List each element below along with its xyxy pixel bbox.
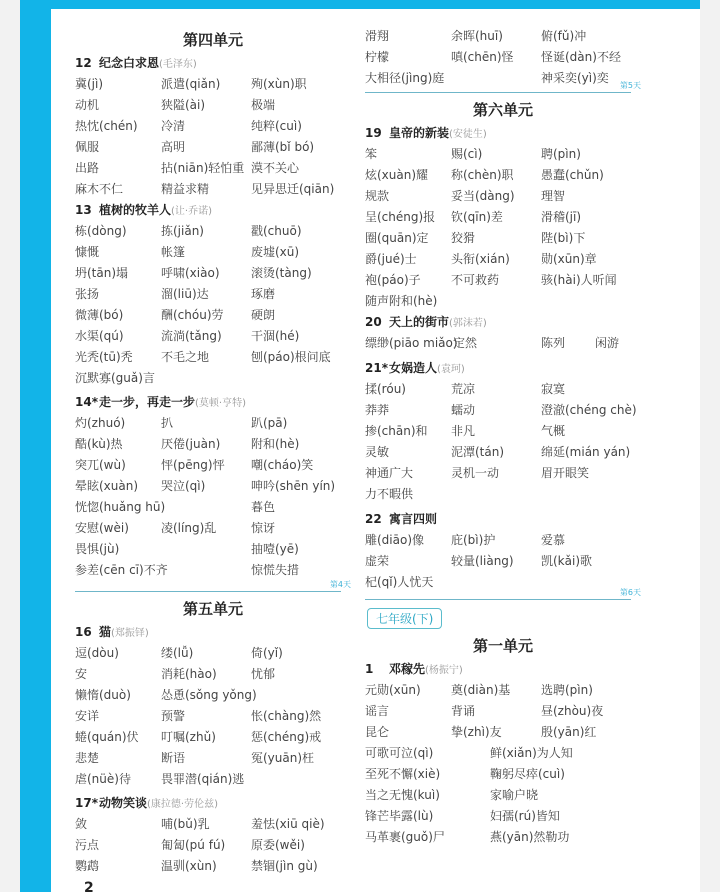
vocab-word: 厌倦(juàn) bbox=[161, 434, 220, 455]
vocab-word: 预警 bbox=[161, 706, 185, 727]
idiom-list: 可歌可泣(qì)鲜(xiǎn)为人知至死不懈(xiè)鞠躬尽瘁(cuì)当之无愧… bbox=[365, 743, 641, 848]
vocab-word: 绵延(mián yán) bbox=[541, 442, 630, 463]
vocab-word: 趴(pā) bbox=[251, 413, 287, 434]
vocab-word: 定然 bbox=[453, 333, 477, 354]
vocab-word: 惩(chéng)戒 bbox=[251, 727, 321, 748]
vocab-word: 嗔(chēn)怪 bbox=[451, 47, 514, 68]
vocab-word: 燕(yān)然勒功 bbox=[490, 827, 569, 848]
lesson-number: 1 bbox=[365, 659, 389, 680]
vocab-word: 蜷(quán)伏 bbox=[75, 727, 139, 748]
vocab-word: 庇(bì)护 bbox=[451, 530, 495, 551]
vocab-word: 袍(páo)子 bbox=[365, 270, 421, 291]
word-row: 慷慨帐篷废墟(xū) bbox=[75, 242, 351, 263]
vocab-word: 呻吟(shēn yín) bbox=[251, 476, 335, 497]
word-row: 莽莽蠕动澄澈(chéng chè) bbox=[365, 400, 641, 421]
unit-title: 第五单元 bbox=[75, 596, 351, 622]
word-row: 动机狭隘(ài)极端 bbox=[75, 95, 351, 116]
vocab-word: 惊讶 bbox=[251, 518, 275, 539]
vocab-word: 规款 bbox=[365, 186, 389, 207]
vocab-word: 冤(yuān)枉 bbox=[251, 748, 314, 769]
vocab-word: 缥缈(piāo miǎo) bbox=[365, 333, 458, 354]
word-list: 元勋(xūn)奠(diàn)基选聘(pìn)谣言背诵昼(zhòu)夜昆仑挚(zh… bbox=[365, 680, 641, 743]
grade-badge: 七年级(下) bbox=[367, 608, 442, 629]
vocab-word: 酷(kù)热 bbox=[75, 434, 123, 455]
lesson-heading: 20天上的街市(郭沫若) bbox=[365, 312, 641, 333]
vocab-word: 派遣(qiǎn) bbox=[161, 74, 220, 95]
vocab-word: 坍(tān)塌 bbox=[75, 263, 128, 284]
vocab-word: 怅(chàng)然 bbox=[251, 706, 321, 727]
unit-title: 第一单元 bbox=[365, 633, 641, 659]
vocab-word: 拈(niān)轻怕重 bbox=[161, 158, 244, 179]
word-list: 冀(jì)派遣(qiǎn)殉(xùn)职动机狭隘(ài)极端热忱(chén)冷清… bbox=[75, 74, 351, 200]
lesson-heading: 13植树的牧羊人(让·乔诺) bbox=[75, 200, 351, 221]
vocab-word: 虐(nüè)待 bbox=[75, 769, 131, 790]
vocab-word: 余晖(huī) bbox=[451, 26, 503, 47]
vocab-word: 不毛之地 bbox=[161, 347, 209, 368]
word-row: 微薄(bó)酬(chóu)劳硬朗 bbox=[75, 305, 351, 326]
vocab-word: 酬(chóu)劳 bbox=[161, 305, 224, 326]
vocab-word: 突兀(wù) bbox=[75, 455, 126, 476]
word-row: 杞(qǐ)人忧天 bbox=[365, 572, 641, 593]
word-list: 逗(dòu)缕(lǚ)倚(yǐ)安消耗(hào)忧郁懒惰(duò)怂恿(sǒng… bbox=[75, 643, 351, 790]
vocab-word: 安详 bbox=[75, 706, 99, 727]
vocab-word: 琢磨 bbox=[251, 284, 275, 305]
lesson-number: 12 bbox=[75, 53, 99, 74]
vocab-word: 怪诞(dàn)不经 bbox=[541, 47, 621, 68]
lesson-number: 17* bbox=[75, 793, 99, 814]
vocab-word: 陛(bì)下 bbox=[541, 228, 585, 249]
word-row: 笨赐(cì)聘(pìn) bbox=[365, 144, 641, 165]
word-row: 柠檬嗔(chēn)怪怪诞(dàn)不经 bbox=[365, 47, 641, 68]
lesson-number: 19 bbox=[365, 123, 389, 144]
vocab-word: 拣(jiǎn) bbox=[161, 221, 204, 242]
word-list: 敛哺(bǔ)乳羞怯(xiū qiè)污点匍匐(pú fú)原委(wěi)鹦鹉温驯… bbox=[75, 814, 351, 877]
word-row: 滑翔余晖(huī)俯(fǔ)冲 bbox=[365, 26, 641, 47]
vocab-word: 背诵 bbox=[451, 701, 475, 722]
lesson-name: 邓稼先 bbox=[389, 662, 425, 676]
vocab-word: 见异思迁(qiān) bbox=[251, 179, 334, 200]
word-row: 元勋(xūn)奠(diàn)基选聘(pìn) bbox=[365, 680, 641, 701]
word-row: 掺(chān)和非凡气概 bbox=[365, 421, 641, 442]
vocab-word: 赐(cì) bbox=[451, 144, 482, 165]
vocab-word: 炫(xuàn)耀 bbox=[365, 165, 428, 186]
vocab-word: 称(chèn)职 bbox=[451, 165, 514, 186]
vocab-word: 呼啸(xiào) bbox=[161, 263, 220, 284]
lesson-number: 14* bbox=[75, 392, 99, 413]
right-column: 滑翔余晖(huī)俯(fǔ)冲柠檬嗔(chēn)怪怪诞(dàn)不经大相径(jì… bbox=[365, 9, 641, 848]
vocab-word: 蠕动 bbox=[451, 400, 475, 421]
vocab-word: 缕(lǚ) bbox=[161, 643, 193, 664]
vocab-word: 冀(jì) bbox=[75, 74, 103, 95]
word-row: 出路拈(niān)轻怕重漠不关心 bbox=[75, 158, 351, 179]
vocab-word: 虚荣 bbox=[365, 551, 389, 572]
vocab-word: 眉开眼笑 bbox=[541, 463, 589, 484]
word-row: 佩服高明鄙薄(bǐ bó) bbox=[75, 137, 351, 158]
vocab-word: 佩服 bbox=[75, 137, 99, 158]
vocab-word: 戳(chuō) bbox=[251, 221, 302, 242]
vocab-word: 附和(hè) bbox=[251, 434, 299, 455]
vocab-word: 哭泣(qì) bbox=[161, 476, 205, 497]
word-row: 当之无愧(kuì)家喻户晓 bbox=[365, 785, 641, 806]
vocab-word: 敛 bbox=[75, 814, 87, 835]
vocab-word: 大相径(jìng)庭 bbox=[365, 68, 444, 89]
word-row: 懒惰(duò)怂恿(sǒng yǒng) bbox=[75, 685, 351, 706]
vocab-word: 泥潭(tán) bbox=[451, 442, 504, 463]
word-row: 炫(xuàn)耀称(chèn)职愚蠢(chǔn) bbox=[365, 165, 641, 186]
vocab-word: 光秃(tū)秃 bbox=[75, 347, 133, 368]
day-label: 第5天 bbox=[620, 80, 641, 91]
word-row: 昆仑挚(zhì)友殷(yān)红 bbox=[365, 722, 641, 743]
vocab-word: 极端 bbox=[251, 95, 275, 116]
word-row: 马革裹(guǒ)尸燕(yān)然勒功 bbox=[365, 827, 641, 848]
vocab-word: 昼(zhòu)夜 bbox=[541, 701, 603, 722]
lesson-author: (康拉德·劳伦兹) bbox=[147, 799, 218, 810]
vocab-word: 鞠躬尽瘁(cuì) bbox=[490, 764, 565, 785]
vocab-word: 废墟(xū) bbox=[251, 242, 299, 263]
vocab-word: 张扬 bbox=[75, 284, 99, 305]
lesson-author: (莫顿·亨特) bbox=[195, 398, 246, 409]
vocab-word: 羞怯(xiū qiè) bbox=[251, 814, 325, 835]
vocab-word: 勋(xūn)章 bbox=[541, 249, 597, 270]
vocab-word: 挚(zhì)友 bbox=[451, 722, 502, 743]
day-divider: 第5天 bbox=[365, 89, 631, 93]
lesson-number: 22 bbox=[365, 509, 389, 530]
word-row: 冀(jì)派遣(qiǎn)殉(xùn)职 bbox=[75, 74, 351, 95]
vocab-word: 家喻户晓 bbox=[490, 785, 538, 806]
day-divider: 第6天 bbox=[365, 593, 631, 600]
word-row: 虚荣较量(liàng)凯(kǎi)歌 bbox=[365, 551, 641, 572]
word-row: 安详预警怅(chàng)然 bbox=[75, 706, 351, 727]
word-row: 至死不懈(xiè)鞠躬尽瘁(cuì) bbox=[365, 764, 641, 785]
word-row: 灵敏泥潭(tán)绵延(mián yán) bbox=[365, 442, 641, 463]
word-row: 晕眩(xuàn)哭泣(qì)呻吟(shēn yín) bbox=[75, 476, 351, 497]
vocab-word: 哺(bǔ)乳 bbox=[161, 814, 210, 835]
vocab-word: 杞(qǐ)人忧天 bbox=[365, 572, 433, 593]
day-label: 第4天 bbox=[330, 579, 351, 590]
day-label: 第6天 bbox=[620, 587, 641, 598]
vocab-word: 硬朗 bbox=[251, 305, 275, 326]
vocab-word: 笨 bbox=[365, 144, 377, 165]
vocab-word: 温驯(xùn) bbox=[161, 856, 217, 877]
vocab-word: 漠不关心 bbox=[251, 158, 299, 179]
vocab-word: 嘲(cháo)笑 bbox=[251, 455, 313, 476]
lesson-number: 21* bbox=[365, 358, 389, 379]
word-row: 揉(róu)荒凉寂寞 bbox=[365, 379, 641, 400]
vocab-word: 刨(páo)根问底 bbox=[251, 347, 331, 368]
unit-title: 第六单元 bbox=[365, 97, 641, 123]
word-row: 逗(dòu)缕(lǚ)倚(yǐ) bbox=[75, 643, 351, 664]
word-list: 笨赐(cì)聘(pìn)炫(xuàn)耀称(chèn)职愚蠢(chǔn)规款妥当… bbox=[365, 144, 641, 312]
word-row: 规款妥当(dàng)理智 bbox=[365, 186, 641, 207]
vocab-word: 灵机一动 bbox=[451, 463, 499, 484]
lesson-heading: 16猫(郑振铎) bbox=[75, 622, 351, 643]
lesson-name: 猫 bbox=[99, 625, 111, 639]
lesson-name: 动物笑谈 bbox=[99, 796, 147, 810]
lesson-author: (安徒生) bbox=[449, 129, 487, 140]
vocab-word: 悲楚 bbox=[75, 748, 99, 769]
vocab-word: 消耗(hào) bbox=[161, 664, 217, 685]
vocab-word: 选聘(pìn) bbox=[541, 680, 593, 701]
lesson-heading: 1邓稼先(杨振宁) bbox=[365, 659, 641, 680]
vocab-word: 较量(liàng) bbox=[451, 551, 514, 572]
word-row: 圈(quān)定狡猾陛(bì)下 bbox=[365, 228, 641, 249]
lesson-name: 皇帝的新装 bbox=[389, 126, 449, 140]
vocab-word: 动机 bbox=[75, 95, 99, 116]
vocab-word: 原委(wěi) bbox=[251, 835, 305, 856]
vocab-word: 滑稽(jī) bbox=[541, 207, 581, 228]
lesson-author: (袁珂) bbox=[437, 364, 465, 375]
lesson-author: (杨振宁) bbox=[425, 665, 463, 676]
vocab-word: 雕(diāo)像 bbox=[365, 530, 424, 551]
vocab-word: 气概 bbox=[541, 421, 565, 442]
vocab-word: 慷慨 bbox=[75, 242, 99, 263]
vocab-word: 抽噎(yē) bbox=[251, 539, 299, 560]
vocab-word: 殷(yān)红 bbox=[541, 722, 596, 743]
vocab-word: 头衔(xián) bbox=[451, 249, 510, 270]
vocab-word: 俯(fǔ)冲 bbox=[541, 26, 586, 47]
vocab-word: 狭隘(ài) bbox=[161, 95, 205, 116]
vocab-word: 帐篷 bbox=[161, 242, 185, 263]
lesson-author: (让·乔诺) bbox=[171, 206, 212, 217]
vocab-word: 干涸(hé) bbox=[251, 326, 299, 347]
vocab-word: 非凡 bbox=[451, 421, 475, 442]
vocab-word: 钦(qīn)差 bbox=[451, 207, 503, 228]
word-row: 麻木不仁精益求精见异思迁(qiān) bbox=[75, 179, 351, 200]
lesson-heading: 22寓言四则 bbox=[365, 509, 641, 530]
vocab-word: 出路 bbox=[75, 158, 99, 179]
vocab-word: 微薄(bó) bbox=[75, 305, 123, 326]
word-row: 袍(páo)子不可救药骇(hài)人听闻 bbox=[365, 270, 641, 291]
vocab-word: 沉默寡(guǎ)言 bbox=[75, 368, 155, 389]
word-row: 参差(cēn cī)不齐惊慌失措 bbox=[75, 560, 351, 581]
vocab-word: 元勋(xūn) bbox=[365, 680, 421, 701]
vocab-word: 莽莽 bbox=[365, 400, 389, 421]
left-column: 第四单元 12纪念白求恩(毛泽东) 冀(jì)派遣(qiǎn)殉(xùn)职动机… bbox=[75, 9, 351, 877]
vocab-word: 可歌可泣(qì) bbox=[365, 743, 433, 764]
vocab-word: 纯粹(cuì) bbox=[251, 116, 302, 137]
vocab-word: 昆仑 bbox=[365, 722, 389, 743]
unit-title: 第四单元 bbox=[75, 27, 351, 53]
vocab-word: 扒 bbox=[161, 413, 173, 434]
vocab-word: 热忱(chén) bbox=[75, 116, 138, 137]
lesson-name: 纪念白求恩 bbox=[99, 56, 159, 70]
vocab-word: 妥当(dàng) bbox=[451, 186, 515, 207]
vocab-word: 陈列 bbox=[541, 333, 565, 354]
word-row: 灼(zhuó)扒趴(pā) bbox=[75, 413, 351, 434]
word-row: 力不暇供 bbox=[365, 484, 641, 505]
word-row: 锋芒毕露(lù)妇孺(rú)皆知 bbox=[365, 806, 641, 827]
vocab-word: 爱慕 bbox=[541, 530, 565, 551]
word-row: 雕(diāo)像庇(bì)护爱慕 bbox=[365, 530, 641, 551]
lesson-number: 16 bbox=[75, 622, 99, 643]
word-row: 大相径(jìng)庭神采奕(yì)奕 bbox=[365, 68, 641, 89]
lesson-heading: 14*走一步，再走一步(莫顿·亨特) bbox=[75, 392, 351, 413]
lesson-name: 天上的街市 bbox=[389, 315, 449, 329]
vocab-word: 凌(líng)乱 bbox=[161, 518, 216, 539]
vocab-word: 滚烫(tàng) bbox=[251, 263, 312, 284]
vocab-word: 奠(diàn)基 bbox=[451, 680, 510, 701]
word-row: 蜷(quán)伏叮嘱(zhǔ)惩(chéng)戒 bbox=[75, 727, 351, 748]
vocab-word: 水渠(qú) bbox=[75, 326, 124, 347]
vocab-word: 忧郁 bbox=[251, 664, 275, 685]
word-row: 张扬溜(liū)达琢磨 bbox=[75, 284, 351, 305]
word-row: 酷(kù)热厌倦(juàn)附和(hè) bbox=[75, 434, 351, 455]
vocab-word: 愚蠢(chǔn) bbox=[541, 165, 604, 186]
vocab-word: 暮色 bbox=[251, 497, 275, 518]
word-row: 光秃(tū)秃不毛之地刨(páo)根问底 bbox=[75, 347, 351, 368]
vocab-word: 随声附和(hè) bbox=[365, 291, 437, 312]
vocab-word: 神采奕(yì)奕 bbox=[541, 68, 609, 89]
vocab-word: 圈(quān)定 bbox=[365, 228, 429, 249]
vocab-word: 荒凉 bbox=[451, 379, 475, 400]
word-row: 栋(dòng)拣(jiǎn)戳(chuō) bbox=[75, 221, 351, 242]
vocab-word: 滑翔 bbox=[365, 26, 389, 47]
vocab-word: 惊慌失措 bbox=[251, 560, 299, 581]
vocab-word: 殉(xùn)职 bbox=[251, 74, 307, 95]
word-row: 安消耗(hào)忧郁 bbox=[75, 664, 351, 685]
lesson-author: (郑振铎) bbox=[111, 628, 149, 639]
lesson-heading: 19皇帝的新装(安徒生) bbox=[365, 123, 641, 144]
day-divider: 第4天 bbox=[75, 581, 341, 592]
word-list: 灼(zhuó)扒趴(pā)酷(kù)热厌倦(juàn)附和(hè)突兀(wù)怦… bbox=[75, 413, 351, 581]
vocab-word: 畏罪潜(qián)逃 bbox=[161, 769, 244, 790]
word-list: 栋(dòng)拣(jiǎn)戳(chuō)慷慨帐篷废墟(xū)坍(tān)塌呼啸… bbox=[75, 221, 351, 389]
vocab-word: 怂恿(sǒng yǒng) bbox=[161, 685, 257, 706]
lesson-author: (郭沫若) bbox=[449, 318, 487, 329]
vocab-word: 栋(dòng) bbox=[75, 221, 127, 242]
word-row: 敛哺(bǔ)乳羞怯(xiū qiè) bbox=[75, 814, 351, 835]
lesson-name: 寓言四则 bbox=[389, 512, 437, 526]
vocab-word: 断语 bbox=[161, 748, 185, 769]
vocab-word: 当之无愧(kuì) bbox=[365, 785, 440, 806]
vocab-word: 鄙薄(bǐ bó) bbox=[251, 137, 314, 158]
word-row: 热忱(chén)冷清纯粹(cuì) bbox=[75, 116, 351, 137]
vocab-word: 聘(pìn) bbox=[541, 144, 581, 165]
vocab-word: 鲜(xiǎn)为人知 bbox=[490, 743, 573, 764]
word-list: 揉(róu)荒凉寂寞莽莽蠕动澄澈(chéng chè)掺(chān)和非凡气概灵… bbox=[365, 379, 641, 505]
vocab-word: 骇(hài)人听闻 bbox=[541, 270, 617, 291]
lesson-name: 植树的牧羊人 bbox=[99, 203, 171, 217]
word-row: 水渠(qú)流淌(tǎng)干涸(hé) bbox=[75, 326, 351, 347]
vocab-word: 闲游 bbox=[595, 333, 619, 354]
lesson-heading: 12纪念白求恩(毛泽东) bbox=[75, 53, 351, 74]
vocab-word: 畏惧(jù) bbox=[75, 539, 119, 560]
word-row: 神通广大灵机一动眉开眼笑 bbox=[365, 463, 641, 484]
vocab-word: 至死不懈(xiè) bbox=[365, 764, 440, 785]
word-row: 可歌可泣(qì)鲜(xiǎn)为人知 bbox=[365, 743, 641, 764]
vocab-word: 精益求精 bbox=[161, 179, 209, 200]
word-list: 滑翔余晖(huī)俯(fǔ)冲柠檬嗔(chēn)怪怪诞(dàn)不经大相径(jì… bbox=[365, 26, 641, 89]
lesson-name: 女娲造人 bbox=[389, 361, 437, 375]
vocab-word: 禁锢(jìn gù) bbox=[251, 856, 318, 877]
lesson-number: 13 bbox=[75, 200, 99, 221]
vocab-word: 揉(róu) bbox=[365, 379, 406, 400]
vocab-word: 流淌(tǎng) bbox=[161, 326, 222, 347]
vocab-word: 参差(cēn cī)不齐 bbox=[75, 560, 168, 581]
vocab-word: 怦(pēng)怦 bbox=[161, 455, 225, 476]
page-edge-band bbox=[20, 0, 51, 892]
word-list: 缥缈(piāo miǎo)定然陈列闲游 bbox=[365, 333, 641, 354]
lesson-number: 20 bbox=[365, 312, 389, 333]
vocab-word: 懒惰(duò) bbox=[75, 685, 131, 706]
vocab-word: 灵敏 bbox=[365, 442, 389, 463]
page-top-band bbox=[20, 0, 700, 9]
vocab-word: 鹦鹉 bbox=[75, 856, 99, 877]
word-row: 缥缈(piāo miǎo)定然陈列闲游 bbox=[365, 333, 641, 354]
vocab-word: 理智 bbox=[541, 186, 565, 207]
vocab-word: 澄澈(chéng chè) bbox=[541, 400, 637, 421]
word-row: 安慰(wèi)凌(líng)乱惊讶 bbox=[75, 518, 351, 539]
vocab-word: 狡猾 bbox=[451, 228, 475, 249]
vocab-word: 麻木不仁 bbox=[75, 179, 123, 200]
word-row: 虐(nüè)待畏罪潜(qián)逃 bbox=[75, 769, 351, 790]
word-row: 爵(jué)士头衔(xián)勋(xūn)章 bbox=[365, 249, 641, 270]
vocab-word: 神通广大 bbox=[365, 463, 413, 484]
word-row: 呈(chéng)报钦(qīn)差滑稽(jī) bbox=[365, 207, 641, 228]
word-row: 恍惚(huǎng hū)暮色 bbox=[75, 497, 351, 518]
vocab-word: 力不暇供 bbox=[365, 484, 413, 505]
vocab-word: 恍惚(huǎng hū) bbox=[75, 497, 165, 518]
vocab-word: 叮嘱(zhǔ) bbox=[161, 727, 216, 748]
vocab-word: 呈(chéng)报 bbox=[365, 207, 435, 228]
word-row: 悲楚断语冤(yuān)枉 bbox=[75, 748, 351, 769]
lesson-name: 走一步，再走一步 bbox=[99, 395, 195, 409]
vocab-word: 污点 bbox=[75, 835, 99, 856]
word-row: 畏惧(jù)抽噎(yē) bbox=[75, 539, 351, 560]
vocab-word: 匍匐(pú fú) bbox=[161, 835, 225, 856]
lesson-heading: 21*女娲造人(袁珂) bbox=[365, 358, 641, 379]
vocab-word: 谣言 bbox=[365, 701, 389, 722]
vocab-word: 晕眩(xuàn) bbox=[75, 476, 138, 497]
vocab-word: 妇孺(rú)皆知 bbox=[490, 806, 560, 827]
vocab-word: 不可救药 bbox=[451, 270, 499, 291]
page-number: 2 bbox=[84, 880, 94, 892]
vocab-word: 冷清 bbox=[161, 116, 185, 137]
book-page: 第四单元 12纪念白求恩(毛泽东) 冀(jì)派遣(qiǎn)殉(xùn)职动机… bbox=[51, 9, 700, 892]
vocab-word: 安慰(wèi) bbox=[75, 518, 129, 539]
lesson-author: (毛泽东) bbox=[159, 59, 197, 70]
vocab-word: 马革裹(guǒ)尸 bbox=[365, 827, 445, 848]
lesson-heading: 17*动物笑谈(康拉德·劳伦兹) bbox=[75, 793, 351, 814]
vocab-word: 掺(chān)和 bbox=[365, 421, 428, 442]
word-row: 污点匍匐(pú fú)原委(wěi) bbox=[75, 835, 351, 856]
word-list: 雕(diāo)像庇(bì)护爱慕虚荣较量(liàng)凯(kǎi)歌杞(qǐ)人… bbox=[365, 530, 641, 593]
word-row: 突兀(wù)怦(pēng)怦嘲(cháo)笑 bbox=[75, 455, 351, 476]
vocab-word: 柠檬 bbox=[365, 47, 389, 68]
word-row: 随声附和(hè) bbox=[365, 291, 641, 312]
vocab-word: 凯(kǎi)歌 bbox=[541, 551, 592, 572]
word-row: 坍(tān)塌呼啸(xiào)滚烫(tàng) bbox=[75, 263, 351, 284]
vocab-word: 安 bbox=[75, 664, 87, 685]
word-row: 鹦鹉温驯(xùn)禁锢(jìn gù) bbox=[75, 856, 351, 877]
vocab-word: 高明 bbox=[161, 137, 185, 158]
vocab-word: 逗(dòu) bbox=[75, 643, 119, 664]
vocab-word: 溜(liū)达 bbox=[161, 284, 209, 305]
word-row: 沉默寡(guǎ)言 bbox=[75, 368, 351, 389]
vocab-word: 寂寞 bbox=[541, 379, 565, 400]
vocab-word: 锋芒毕露(lù) bbox=[365, 806, 433, 827]
vocab-word: 灼(zhuó) bbox=[75, 413, 125, 434]
vocab-word: 倚(yǐ) bbox=[251, 643, 283, 664]
vocab-word: 爵(jué)士 bbox=[365, 249, 417, 270]
word-row: 谣言背诵昼(zhòu)夜 bbox=[365, 701, 641, 722]
